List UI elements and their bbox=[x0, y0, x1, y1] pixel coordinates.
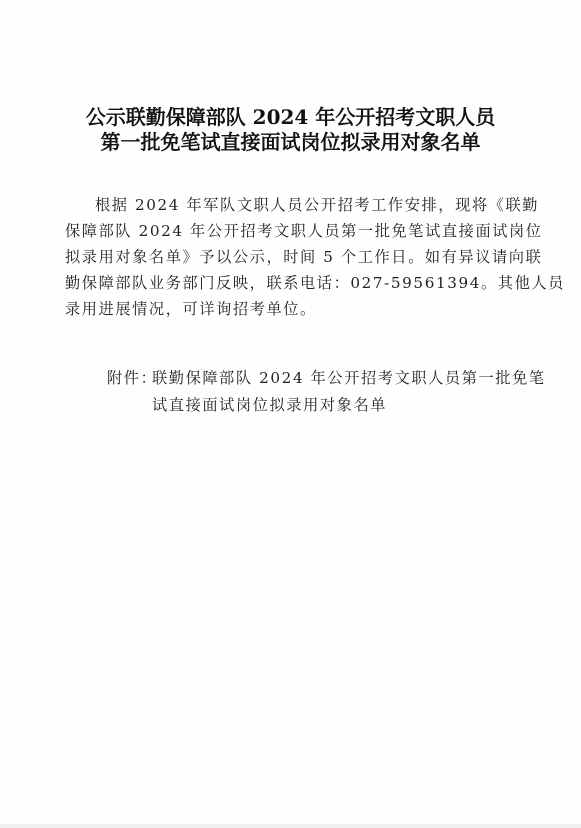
document-title-line-1: 公示联勤保障部队 2024 年公开招考文职人员 bbox=[0, 104, 581, 130]
body-line-2: 保障部队 2024 年公开招考文职人员第一批免笔试直接面试岗位 bbox=[65, 218, 510, 244]
body-line-1: 根据 2024 年军队文职人员公开招考工作安排，现将《联勤 bbox=[95, 192, 540, 218]
attachment-title-line-2: 试直接面试岗位拟录用对象名单 bbox=[152, 392, 387, 418]
attachment-label: 附件： bbox=[107, 365, 157, 391]
page-bottom-edge bbox=[0, 824, 581, 828]
body-line-4: 勤保障部队业务部门反映，联系电话：027-59561394。其他人员 bbox=[65, 270, 510, 296]
document-page: 公示联勤保障部队 2024 年公开招考文职人员 第一批免笔试直接面试岗位拟录用对… bbox=[0, 0, 581, 824]
attachment-title-line-1: 联勤保障部队 2024 年公开招考文职人员第一批免笔 bbox=[152, 365, 546, 391]
body-line-3: 拟录用对象名单》予以公示，时间 5 个工作日。如有异议请向联 bbox=[65, 244, 510, 270]
document-title-line-2: 第一批免笔试直接面试岗位拟录用对象名单 bbox=[0, 129, 581, 155]
body-line-5: 录用进展情况，可详询招考单位。 bbox=[65, 296, 510, 322]
